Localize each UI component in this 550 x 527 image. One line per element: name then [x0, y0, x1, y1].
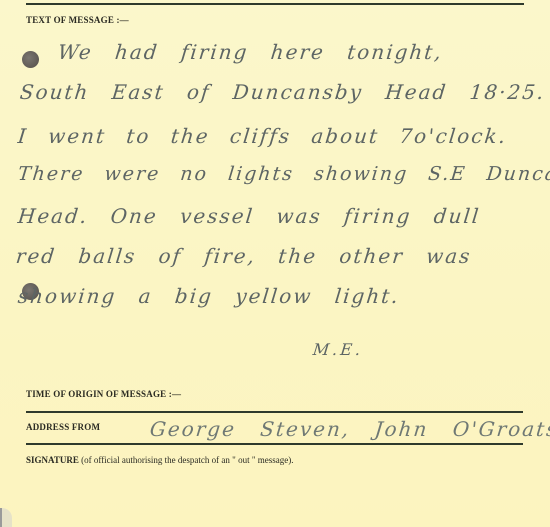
message-form-page: TEXT OF MESSAGE :— We had firing here to…	[0, 0, 550, 527]
message-line-6: red balls of fire, the other was	[15, 244, 473, 268]
page-corner-mark	[0, 508, 12, 527]
top-rule	[26, 3, 524, 5]
address-from-label: ADDRESS FROM	[26, 422, 100, 432]
text-of-message-label: TEXT OF MESSAGE :—	[26, 15, 129, 25]
punch-hole-top	[22, 51, 39, 68]
address-from-value: George Steven, John O'Groats.	[149, 417, 550, 441]
time-of-origin-rule	[26, 411, 523, 413]
address-from-rule	[26, 443, 523, 445]
message-line-7: showing a big yellow light.	[17, 284, 401, 308]
message-line-3: I went to the cliffs about 7o'clock.	[17, 124, 509, 148]
message-line-2: South East of Duncansby Head 18·25.	[19, 80, 547, 104]
message-line-5: Head. One vessel was firing dull	[17, 204, 482, 228]
signature-label: SIGNATURE	[26, 455, 79, 465]
signature-note: (of official authorising the despatch of…	[79, 455, 294, 465]
message-initials: M.E.	[312, 340, 364, 359]
signature-line: SIGNATURE (of official authorising the d…	[26, 455, 293, 465]
message-line-1: We had firing here tonight,	[57, 40, 444, 64]
message-line-4: There were no lights showing S.E Duncans…	[17, 163, 550, 185]
time-of-origin-label: TIME OF ORIGIN OF MESSAGE :—	[26, 389, 181, 399]
